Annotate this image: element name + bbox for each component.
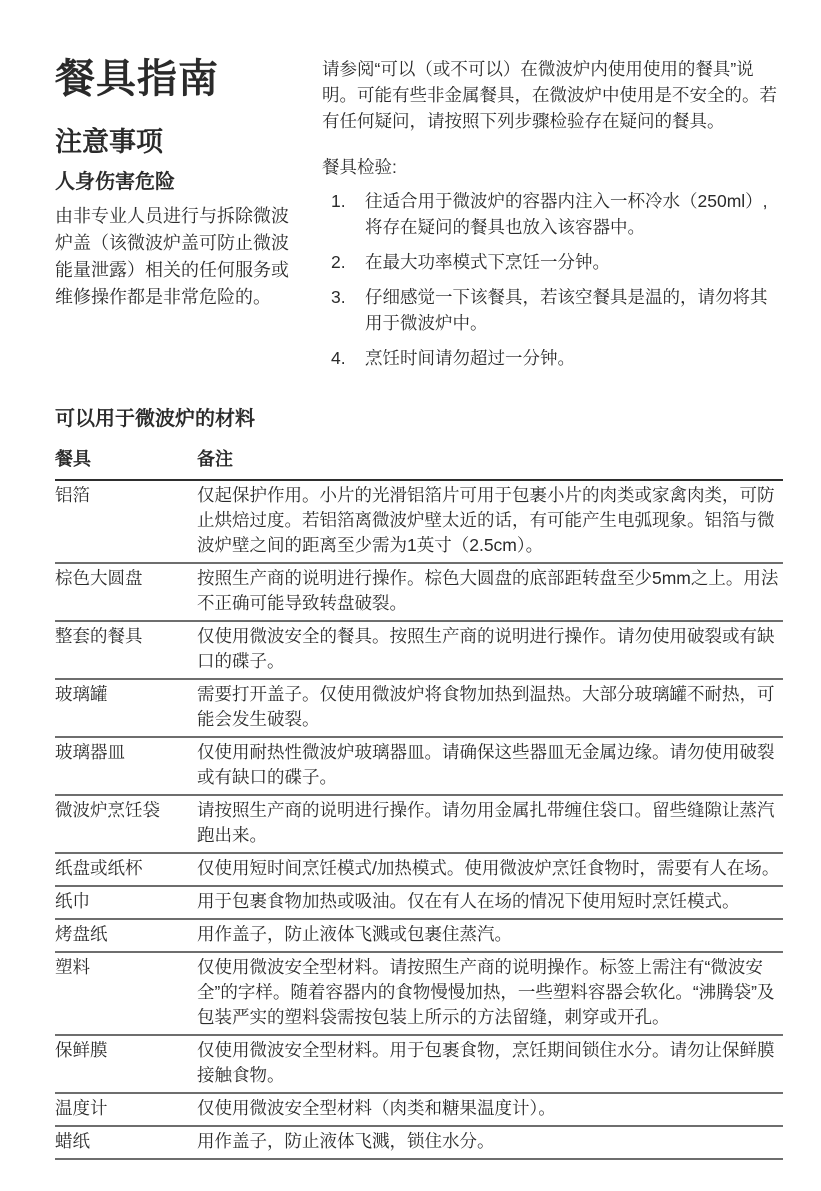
table-row: 烤盘纸 用作盖子，防止液体飞溅或包裹住蒸汽。	[55, 920, 783, 953]
precautions-heading: 注意事项	[55, 126, 299, 158]
utensil-cell: 温度计	[55, 1096, 197, 1121]
left-column: 餐具指南 注意事项 人身伤害危险 由非专业人员进行与拆除微波炉盖（该微波炉盖可防…	[55, 56, 313, 371]
check-steps-list: 1. 往适合用于微波炉的容器内注入一杯冷水（250ml）,将存在疑问的餐具也放入…	[322, 188, 783, 371]
hazard-subheading: 人身伤害危险	[55, 170, 299, 195]
step-number: 4.	[322, 345, 365, 371]
right-column: 请参阅“可以（或不可以）在微波炉内使用使用的餐具”说明。可能有些非金属餐具，在微…	[313, 56, 783, 371]
note-cell: 仅使用微波安全型材料。请按照生产商的说明操作。标签上需注有“微波安全”的字样。随…	[197, 955, 783, 1030]
table-row: 棕色大圆盘 按照生产商的说明进行操作。棕色大圆盘的底部距转盘至少5mm之上。用法…	[55, 564, 783, 622]
note-cell: 仅使用微波安全型材料（肉类和糖果温度计）。	[197, 1096, 783, 1121]
utensil-cell: 蜡纸	[55, 1129, 197, 1154]
page-title: 餐具指南	[55, 56, 299, 102]
step-number: 2.	[322, 249, 365, 275]
utensil-cell: 烤盘纸	[55, 922, 197, 947]
note-cell: 请按照生产商的说明进行操作。请勿用金属扎带缠住袋口。留些缝隙让蒸汽跑出来。	[197, 798, 783, 848]
note-cell: 仅使用耐热性微波炉玻璃器皿。请确保这些器皿无金属边缘。请勿使用破裂或有缺口的碟子…	[197, 740, 783, 790]
step-number: 1.	[322, 188, 365, 240]
check-step-2: 2. 在最大功率模式下烹饪一分钟。	[322, 249, 783, 275]
step-number: 3.	[322, 284, 365, 336]
utensil-cell: 微波炉烹饪袋	[55, 798, 197, 848]
table-row: 保鲜膜 仅使用微波安全型材料。用于包裹食物，烹饪期间锁住水分。请勿让保鲜膜接触食…	[55, 1036, 783, 1094]
materials-heading: 可以用于微波炉的材料	[55, 407, 783, 432]
note-cell: 需要打开盖子。仅使用微波炉将食物加热到温热。大部分玻璃罐不耐热，可能会发生破裂。	[197, 682, 783, 732]
step-text: 往适合用于微波炉的容器内注入一杯冷水（250ml）,将存在疑问的餐具也放入该容器…	[365, 188, 783, 240]
note-cell: 用作盖子，防止液体飞溅或包裹住蒸汽。	[197, 922, 783, 947]
note-cell: 用作盖子，防止液体飞溅，锁住水分。	[197, 1129, 783, 1154]
check-label: 餐具检验:	[322, 155, 783, 179]
table-header-row: 餐具 备注	[55, 445, 783, 481]
materials-table: 餐具 备注 铝箔 仅起保护作用。小片的光滑铝箔片可用于包裹小片的肉类或家禽肉类，…	[55, 445, 783, 1160]
table-row: 温度计 仅使用微波安全型材料（肉类和糖果温度计）。	[55, 1094, 783, 1127]
utensil-cell: 纸盘或纸杯	[55, 856, 197, 881]
top-section: 餐具指南 注意事项 人身伤害危险 由非专业人员进行与拆除微波炉盖（该微波炉盖可防…	[55, 56, 783, 371]
utensil-cell: 塑料	[55, 955, 197, 1030]
note-cell: 仅使用微波安全型材料。用于包裹食物，烹饪期间锁住水分。请勿让保鲜膜接触食物。	[197, 1038, 783, 1088]
utensil-cell: 保鲜膜	[55, 1038, 197, 1088]
hazard-body-text: 由非专业人员进行与拆除微波炉盖（该微波炉盖可防止微波能量泄露）相关的任何服务或维…	[55, 203, 299, 311]
manual-page: 餐具指南 注意事项 人身伤害危险 由非专业人员进行与拆除微波炉盖（该微波炉盖可防…	[0, 0, 821, 1191]
column-header-utensil: 餐具	[55, 447, 197, 472]
column-header-note: 备注	[197, 447, 783, 472]
table-row: 纸巾 用于包裹食物加热或吸油。仅在有人在场的情况下使用短时烹饪模式。	[55, 887, 783, 920]
table-row: 玻璃器皿 仅使用耐热性微波炉玻璃器皿。请确保这些器皿无金属边缘。请勿使用破裂或有…	[55, 738, 783, 796]
table-row: 蜡纸 用作盖子，防止液体飞溅，锁住水分。	[55, 1127, 783, 1160]
step-text: 仔细感觉一下该餐具，若该空餐具是温的，请勿将其用于微波炉中。	[365, 284, 783, 336]
table-row: 玻璃罐 需要打开盖子。仅使用微波炉将食物加热到温热。大部分玻璃罐不耐热，可能会发…	[55, 680, 783, 738]
utensil-cell: 玻璃罐	[55, 682, 197, 732]
step-text: 烹饪时间请勿超过一分钟。	[365, 345, 783, 371]
note-cell: 仅使用短时间烹饪模式/加热模式。使用微波炉烹饪食物时，需要有人在场。	[197, 856, 783, 881]
note-cell: 按照生产商的说明进行操作。棕色大圆盘的底部距转盘至少5mm之上。用法不正确可能导…	[197, 566, 783, 616]
note-cell: 用于包裹食物加热或吸油。仅在有人在场的情况下使用短时烹饪模式。	[197, 889, 783, 914]
utensil-cell: 纸巾	[55, 889, 197, 914]
table-row: 铝箔 仅起保护作用。小片的光滑铝箔片可用于包裹小片的肉类或家禽肉类，可防止烘焙过…	[55, 481, 783, 564]
intro-paragraph: 请参阅“可以（或不可以）在微波炉内使用使用的餐具”说明。可能有些非金属餐具，在微…	[322, 56, 783, 134]
utensil-cell: 棕色大圆盘	[55, 566, 197, 616]
table-row: 纸盘或纸杯 仅使用短时间烹饪模式/加热模式。使用微波炉烹饪食物时，需要有人在场。	[55, 854, 783, 887]
utensil-cell: 铝箔	[55, 483, 197, 558]
utensil-cell: 整套的餐具	[55, 624, 197, 674]
note-cell: 仅使用微波安全的餐具。按照生产商的说明进行操作。请勿使用破裂或有缺口的碟子。	[197, 624, 783, 674]
table-row: 整套的餐具 仅使用微波安全的餐具。按照生产商的说明进行操作。请勿使用破裂或有缺口…	[55, 622, 783, 680]
table-row: 塑料 仅使用微波安全型材料。请按照生产商的说明操作。标签上需注有“微波安全”的字…	[55, 953, 783, 1036]
check-step-1: 1. 往适合用于微波炉的容器内注入一杯冷水（250ml）,将存在疑问的餐具也放入…	[322, 188, 783, 240]
materials-section: 可以用于微波炉的材料 餐具 备注 铝箔 仅起保护作用。小片的光滑铝箔片可用于包裹…	[55, 407, 783, 1160]
note-cell: 仅起保护作用。小片的光滑铝箔片可用于包裹小片的肉类或家禽肉类，可防止烘焙过度。若…	[197, 483, 783, 558]
check-step-4: 4. 烹饪时间请勿超过一分钟。	[322, 345, 783, 371]
utensil-cell: 玻璃器皿	[55, 740, 197, 790]
table-row: 微波炉烹饪袋 请按照生产商的说明进行操作。请勿用金属扎带缠住袋口。留些缝隙让蒸汽…	[55, 796, 783, 854]
check-step-3: 3. 仔细感觉一下该餐具，若该空餐具是温的，请勿将其用于微波炉中。	[322, 284, 783, 336]
step-text: 在最大功率模式下烹饪一分钟。	[365, 249, 783, 275]
